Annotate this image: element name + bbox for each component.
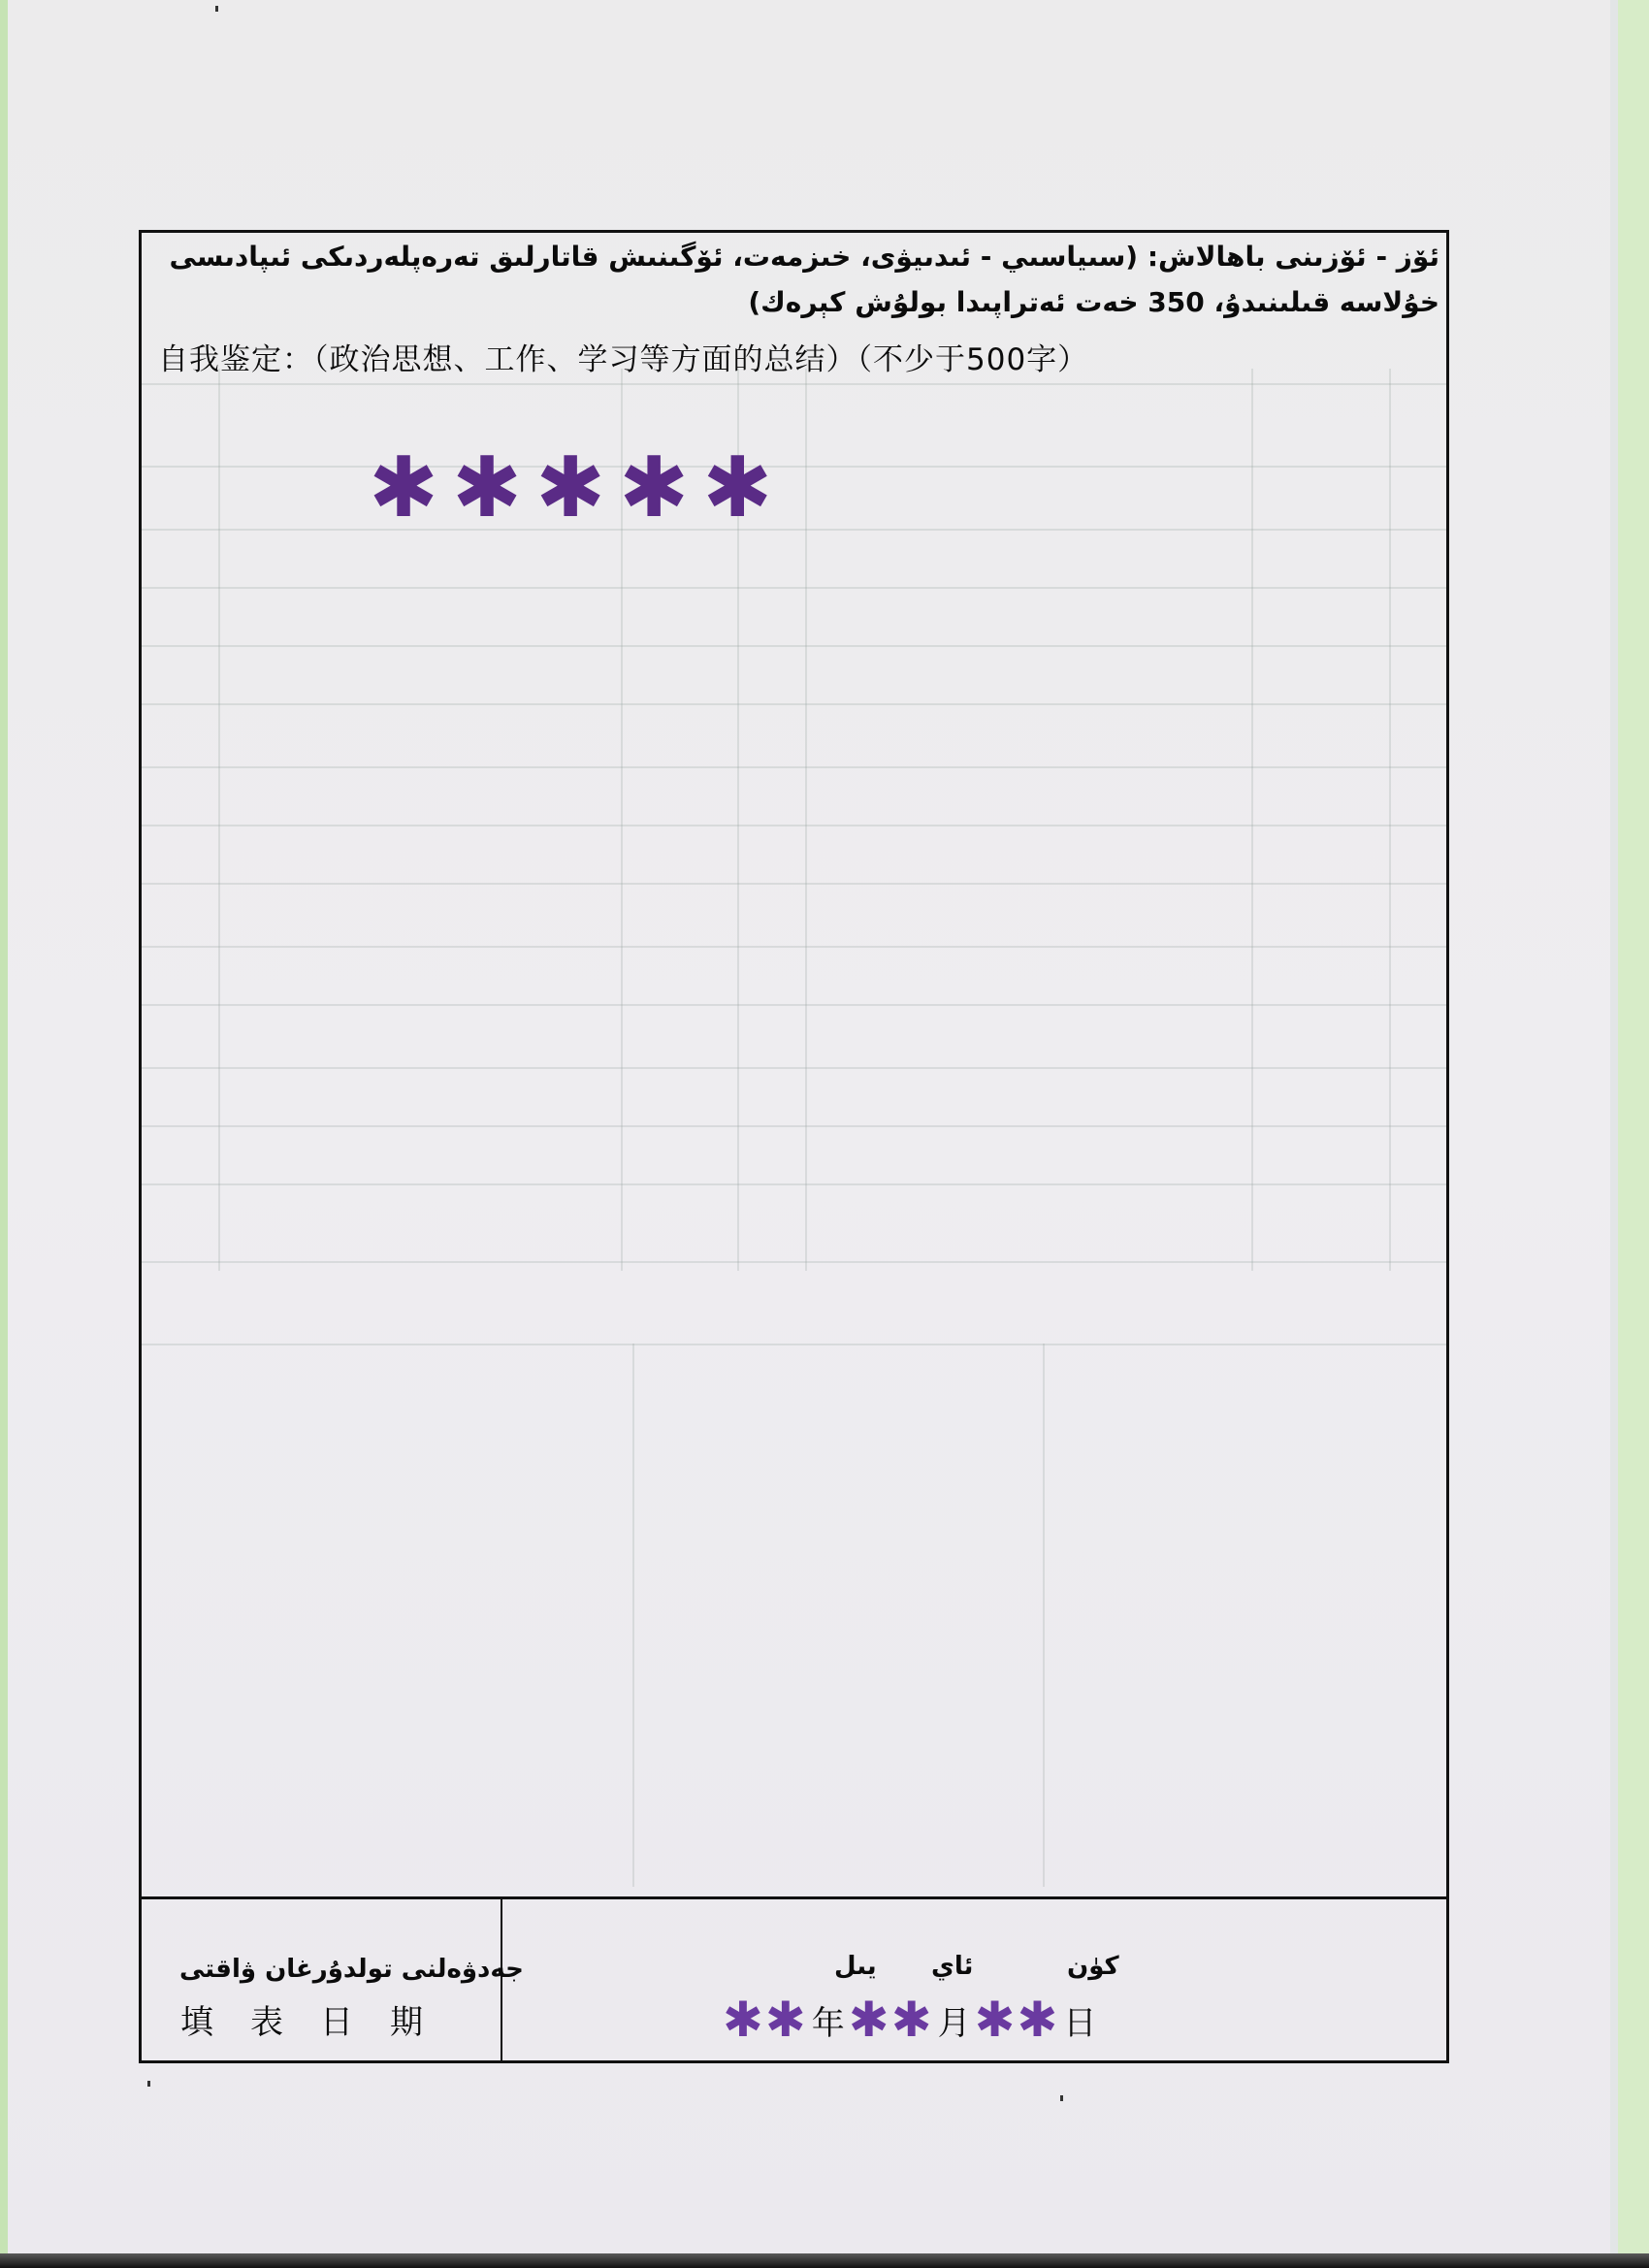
fill-date-label-chinese: 填表日期	[180, 1995, 460, 2043]
handwritten-month: ✱✱	[849, 1995, 934, 2044]
year-unit: 年	[812, 1996, 845, 2044]
day-unit: 日	[1063, 1996, 1096, 2044]
paper-fold-edge	[1610, 0, 1618, 2255]
self-assessment-heading-chinese: 自我鉴定：（政治思想、工作、学习等方面的总结）（不少于500字）	[158, 335, 1088, 378]
date-section-divider	[139, 1896, 1449, 1899]
scan-edge-right	[1618, 0, 1649, 2268]
paper-speck	[1060, 2095, 1063, 2101]
handwritten-day: ✱✱	[975, 1995, 1060, 2044]
day-label-uyghur: كۈن	[1067, 1952, 1119, 1981]
self-assessment-heading-uyghur-line2: خۇلاسە قىلىنىدۇ، 350 خەت ئەتراپىدا بولۇش…	[748, 286, 1439, 318]
paper-speck	[215, 6, 218, 12]
paper-speck	[147, 2081, 150, 2087]
month-label-uyghur: ئاي	[931, 1952, 973, 1981]
month-unit: 月	[938, 1996, 971, 2044]
handwritten-year: ✱✱	[723, 1995, 808, 2044]
year-label-uyghur: يىل	[834, 1952, 877, 1981]
self-assessment-heading-uyghur-line1: ئۆز - ئۆزىنى باھالاش: (سىياسىي - ئىدىيۋى…	[170, 241, 1439, 273]
fill-date-label-uyghur: جەدۋەلنى تولدۇرغان ۋاقتى	[179, 1955, 524, 1984]
scan-bottom-edge	[0, 2253, 1649, 2268]
form-frame	[139, 230, 1449, 2063]
fill-date-value: ✱✱ 年 ✱✱ 月 ✱✱ 日	[723, 1991, 1100, 2049]
handwritten-self-assessment: ✱✱✱✱✱	[369, 446, 786, 530]
